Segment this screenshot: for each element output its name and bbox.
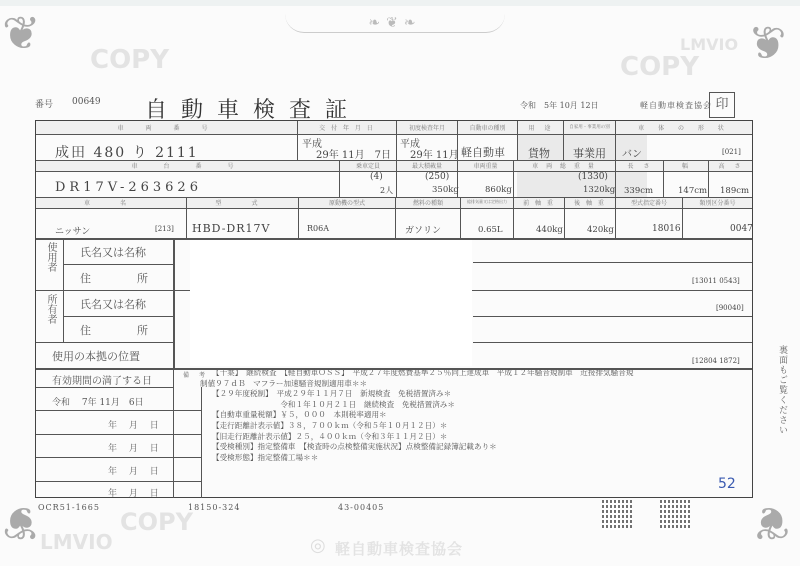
max-load-paren: (250) [425,172,449,182]
copy-watermark: COPY [90,45,169,75]
corner-ornament-icon: ❦ [752,500,791,546]
blank-date-row: 年 月 日 [108,464,159,477]
remark-line: 【２９年度税制】 平成２９年１１月７日 新規検査 免税措置済み＊ [212,389,451,400]
corner-ornament-icon: ❦ [2,500,41,546]
weight-label: 車両重量 [458,161,513,170]
top-border [0,0,800,6]
body-shape-label: 車 体 の 形 状 [616,123,752,132]
displacement-label: 総排気量又は定格出力 [461,199,513,205]
height-label: 高 さ [709,161,752,170]
vehicle-inspection-certificate: ❦ ❦ ❦ ❦ ❧❦❧ COPY COPY LMVIO COPY LMVIO ◎… [0,0,800,566]
org-watermark: 軽自動車検査協会 [335,538,463,559]
expiry-label: 有効期間の満了する日 [52,372,152,387]
width-value: 147cm [678,186,707,196]
model-label: 型 式 [187,198,298,207]
first-reg-value: 29年 11月 [410,146,459,161]
front-axle-value: 440kg [536,225,563,235]
category-value: 0047 [730,224,753,234]
top-ornament-icon: ❧❦❧ [285,14,505,33]
owner-name-label: 氏名又は名称 [80,296,146,312]
number-label: 番号 [35,97,53,110]
issue-date: 令和 5年 10月 12日 [520,100,599,111]
length-value: 339cm [624,186,653,196]
max-load-value: 350kg [432,185,459,195]
vehicle-type-label: 自動車の種別 [458,123,517,132]
vehicle-type-value: 軽自動車 [461,144,505,160]
qr-code-icon [602,500,632,530]
issued-value: 29年 11月 7日 [316,146,391,161]
remark-line: 【受検種別】指定整備車 【検査時の点検整備実施状況】点検整備記録簿記載あり＊ [212,442,497,453]
issuer: 軽自動車検査協会 [640,100,712,111]
remark-line: 【走行距離計表示値】３８，７００ｋｍ（令和５年１０月１２日）＊ [212,421,447,432]
owner-label: 所有者 [42,294,56,324]
maker-code: [213] [155,225,174,233]
use-value: 貨物 [528,145,550,161]
brand-watermark: LMVIO [40,530,113,554]
rear-axle-label: 後 軸 重 [565,198,615,207]
type-designation-label: 型式指定番号 [616,198,682,207]
first-reg-label: 初度検査年月 [397,123,457,132]
remark-line: 【旧走行距離計表示値】２５，４００ｋｍ（令和３年１１月２日）＊ [212,432,447,443]
max-load-label: 最大積載量 [397,161,457,170]
body-shape-code: [021] [722,148,741,156]
blank-date-row: 年 月 日 [108,486,159,499]
gross-weight-value: 1320kg [583,185,615,195]
capacity-paren: (4) [370,172,383,182]
footer-code-2: 18150-324 [188,503,240,512]
category-label: 類別区分番号 [683,198,752,207]
base-location-label: 使用の本拠の位置 [52,348,140,364]
chassis-value: DR17V-263626 [55,180,202,195]
footer-code-1: OCR51-1665 [38,503,100,512]
blank-date-row: 年 月 日 [108,441,159,454]
fuel-label: 燃料の種類 [396,198,460,207]
user-address-code: [13011 0543] [692,277,740,285]
remark-line: 【千葉】 継続検査 【軽自動車ＯＳＳ】 平成２７年度燃費基準２５％向上達成車 平… [212,368,633,379]
gross-weight-label: 車 両 総 重 量 [514,161,615,170]
issued-label: 交 付 年 月 日 [298,123,396,132]
remark-line: 令和１年１０月２１日 継続検査 免税措置済み＊ [212,400,455,411]
see-reverse-note: 裏面もご覧ください [776,345,789,435]
user-label: 使用者 [42,242,56,272]
blank-date-row: 年 月 日 [108,418,159,431]
redacted-personal-info [190,240,472,366]
chassis-label: 車 台 番 号 [36,161,339,170]
height-value: 189cm [720,186,749,196]
displacement-value: 0.65L [478,225,503,235]
corner-ornament-icon: ❦ [2,10,41,56]
footer-code-3: 43-00405 [338,503,384,512]
handwritten-number: 52 [718,476,736,492]
expiry-date: 令和 7年 11月 6日 [52,395,144,408]
owner-address-code: [90040] [716,304,744,312]
maker-value: ニッサン [55,224,90,237]
qr-code-icon [660,500,690,530]
use-label: 用 途 [518,123,563,132]
rear-axle-value: 420kg [587,225,614,235]
width-label: 幅 [664,161,708,170]
number-value: 00649 [72,97,101,107]
engine-label: 原動機の型式 [299,198,395,207]
owner-address-label: 住 所 [80,322,156,338]
copy-watermark: COPY [120,508,193,536]
front-axle-label: 前 軸 重 [514,198,564,207]
fuel-value: ガソリン [405,223,441,236]
base-location-code: [12804 1872] [692,357,740,365]
length-label: 長 さ [616,161,663,170]
corner-ornament-icon: ❦ [748,20,787,66]
capacity-label: 乗車定員 [340,161,396,170]
body-shape-value: バン [622,145,642,160]
plate-value: 成田 480 り 2111 [55,142,199,162]
gross-weight-paren: (1330) [578,172,608,182]
user-address-label: 住 所 [80,270,156,286]
user-name-label: 氏名又は名称 [80,244,146,260]
remark-line: 【自動車重量税額】￥５，０００ 本則税率適用＊ [212,410,387,421]
copy-watermark: COPY [620,52,699,82]
weight-value: 860kg [485,185,512,195]
org-logo-icon: ◎ [310,535,326,556]
remark-line: 制値９７ｄＢ マフラー加速騒音規制適用車＊＊ [200,379,367,390]
capacity-value: 2人 [380,185,393,196]
business-value: 事業用 [573,145,606,161]
maker-label: 車 名 [36,198,186,207]
official-seal-icon: 印 [709,92,735,118]
business-label: 自家用・事業用の別 [564,124,615,130]
brand-watermark: LMVIO [680,35,738,54]
remark-line: 【受検形態】指定整備工場＊＊ [212,453,318,464]
plate-label: 車 両 番 号 [36,123,297,132]
engine-value: R06A [307,224,329,233]
model-value: HBD-DR17V [192,222,270,235]
type-designation-value: 18016 [652,224,681,234]
